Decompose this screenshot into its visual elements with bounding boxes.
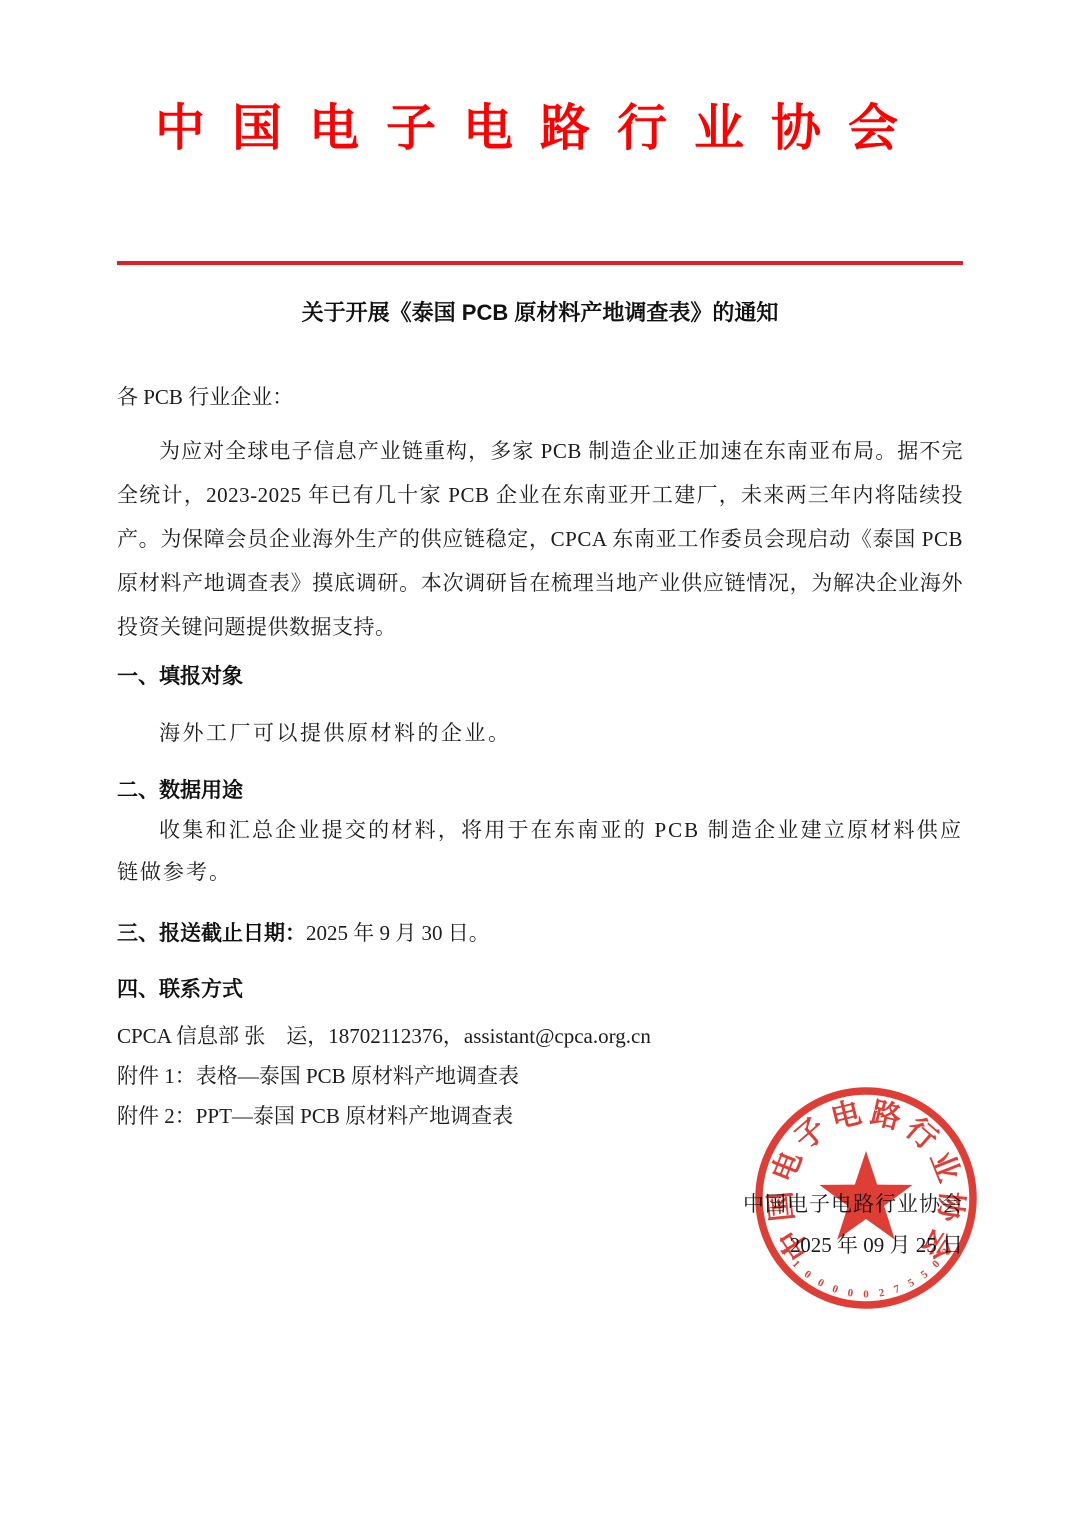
org-header-title: 中国电子电路行业协会 — [117, 96, 963, 160]
svg-text:电: 电 — [767, 1147, 809, 1187]
document-page: 中国电子电路行业协会 关于开展《泰国 PCB 原材料产地调查表》的通知 各 PC… — [0, 0, 1080, 1527]
signoff-org-name: 中国电子电路行业协会 — [117, 1188, 963, 1220]
svg-text:5: 5 — [906, 1276, 917, 1289]
contact-info: CPCA 信息部 张 运，18702112376，assistant@cpca.… — [117, 1016, 963, 1056]
section-2-heading: 二、数据用途 — [117, 775, 963, 807]
signoff-date: 2025 年 09 月 25 日 — [117, 1229, 963, 1261]
section-1-body: 海外工厂可以提供原材料的企业。 — [117, 717, 963, 749]
section-1-heading: 一、填报对象 — [117, 661, 963, 693]
section-3-deadline: 2025 年 9 月 30 日。 — [306, 921, 490, 945]
salutation: 各 PCB 行业企业： — [117, 381, 963, 413]
svg-text:业: 业 — [924, 1147, 966, 1187]
section-2-body: 收集和汇总企业提交的材料，将用于在东南亚的 PCB 制造企业建立原材料供应链做参… — [117, 809, 963, 893]
section-3-heading: 三、报送截止日期： — [117, 922, 306, 945]
svg-text:0: 0 — [802, 1268, 814, 1281]
notice-title: 关于开展《泰国 PCB 原材料产地调查表》的通知 — [117, 297, 963, 329]
attachment-1: 附件 1：表格—泰国 PCB 原材料产地调查表 — [117, 1056, 963, 1096]
svg-text:0: 0 — [815, 1277, 826, 1290]
svg-text:0: 0 — [831, 1283, 841, 1296]
intro-paragraph: 为应对全球电子信息产业链重构，多家 PCB 制造企业正加速在东南亚布局。据不完全… — [117, 429, 963, 649]
attachment-2: 附件 2：PPT—泰国 PCB 原材料产地调查表 — [117, 1096, 963, 1136]
svg-text:5: 5 — [919, 1268, 931, 1281]
svg-text:7: 7 — [892, 1283, 902, 1296]
svg-text:2: 2 — [878, 1287, 886, 1300]
red-divider-line — [117, 261, 963, 265]
svg-text:0: 0 — [863, 1289, 869, 1301]
svg-text:0: 0 — [847, 1287, 855, 1300]
signoff-block: 中国电子电路行业协会 2025 年 09 月 25 日 — [117, 1188, 963, 1261]
section-4-heading: 四、联系方式 — [117, 974, 963, 1006]
section-3-line: 三、报送截止日期：2025 年 9 月 30 日。 — [117, 917, 963, 950]
